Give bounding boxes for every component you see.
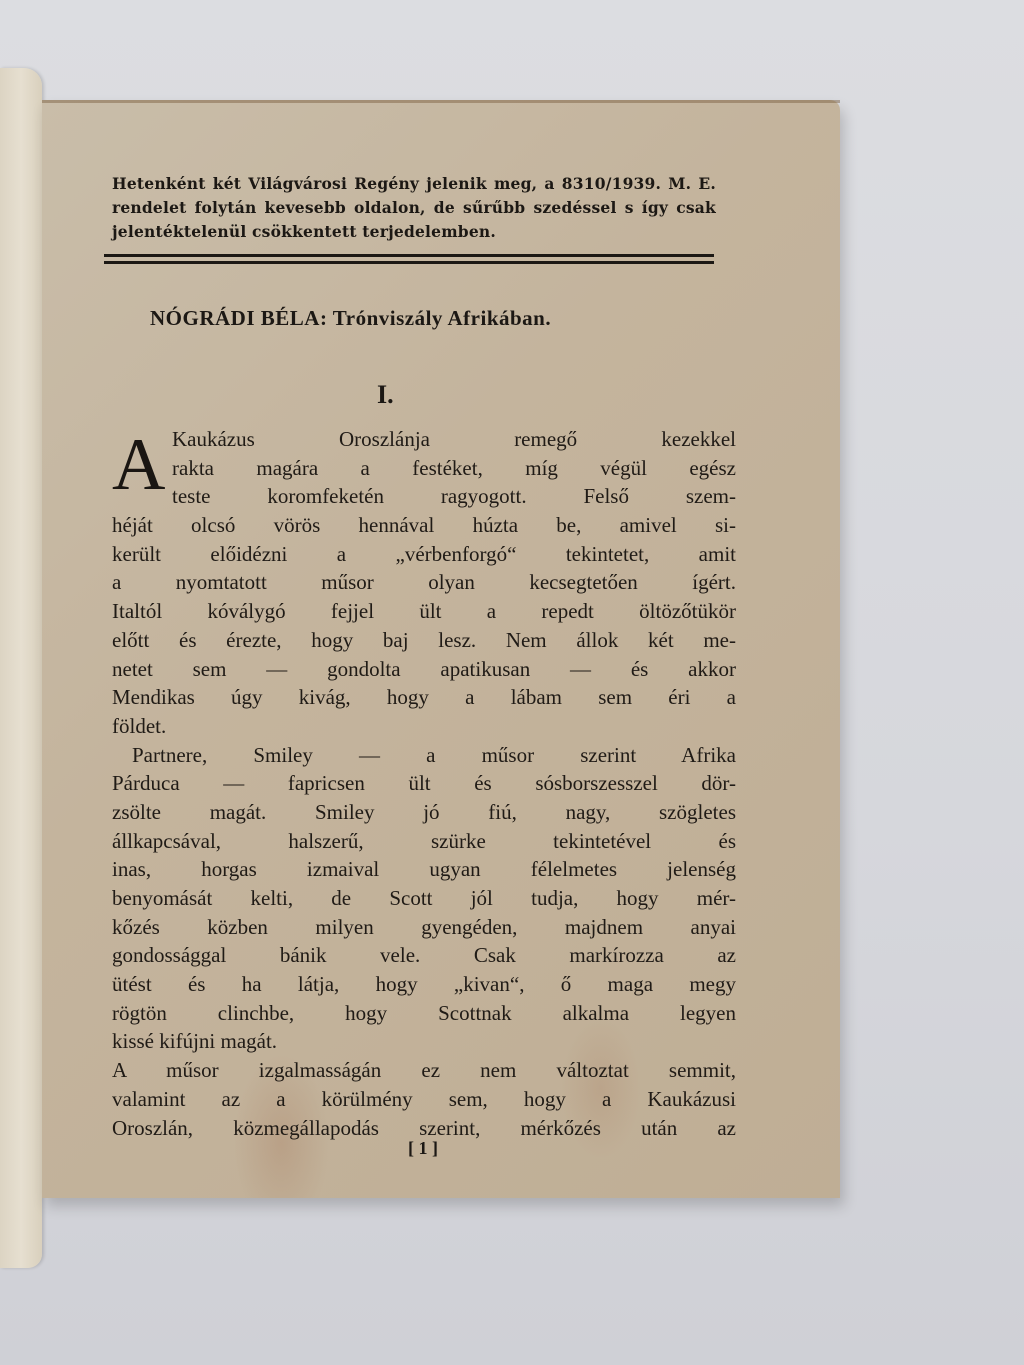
publisher-notice: Hetenként két Világvárosi Regény jelenik… <box>112 172 716 244</box>
text-line: Italtól kóválygó fejjel ült a repedt ölt… <box>112 597 736 626</box>
double-rule-top <box>104 254 714 257</box>
text-line: kőzés közben milyen gyengéden, majdnem a… <box>112 913 736 942</box>
text-line: földet. <box>112 712 736 741</box>
story-title: NÓGRÁDI BÉLA: Trónviszály Afrikában. <box>150 306 710 331</box>
left-page-edge <box>0 68 42 1268</box>
story-body: Kaukázus Oroszlánja remegő kezekkel rakt… <box>112 425 736 1142</box>
text-line: ütést és ha látja, hogy „kivan“, ő maga … <box>112 970 736 999</box>
text-line: rögtön clinchbe, hogy Scottnak alkalma l… <box>112 999 736 1028</box>
text-line: Partnere, Smiley — a műsor szerint Afrik… <box>112 741 736 770</box>
text-line: inas, horgas izmaival ugyan félelmetes j… <box>112 855 736 884</box>
text-line: kissé kifújni magát. <box>112 1027 736 1056</box>
text-line: a nyomtatott műsor olyan kecsegtetően íg… <box>112 568 736 597</box>
text-line: került előidézni a „vérbenforgó“ tekinte… <box>112 540 736 569</box>
text-line: valamint az a körülmény sem, hogy a Kauk… <box>112 1085 736 1114</box>
text-line: állkapcsával, halszerű, szürke tekinteté… <box>112 827 736 856</box>
text-line: A műsor izgalmasságán ez nem változtat s… <box>112 1056 736 1085</box>
text-line: teste koromfeketén ragyogott. Felső szem… <box>112 482 736 511</box>
text-line: rakta magára a festéket, míg végül egész <box>112 454 736 483</box>
text-line: Mendikas úgy kivág, hogy a lábam sem éri… <box>112 683 736 712</box>
page-number: [ 1 ] <box>408 1138 438 1159</box>
text-line: netet sem — gondolta apatikusan — és akk… <box>112 655 736 684</box>
text-line: előtt és érezte, hogy baj lesz. Nem állo… <box>112 626 736 655</box>
text-line: gondossággal bánik vele. Csak markírozza… <box>112 941 736 970</box>
text-line: Kaukázus Oroszlánja remegő kezekkel <box>112 425 736 454</box>
text-line: zsölte magát. Smiley jó fiú, nagy, szögl… <box>112 798 736 827</box>
text-line: benyomását kelti, de Scott jól tudja, ho… <box>112 884 736 913</box>
text-line: héját olcsó vörös hennával húzta be, ami… <box>112 511 736 540</box>
text-line: Párduca — fapricsen ült és sósborszessze… <box>112 769 736 798</box>
double-rule-bottom <box>104 261 714 264</box>
chapter-number: I. <box>377 380 394 410</box>
